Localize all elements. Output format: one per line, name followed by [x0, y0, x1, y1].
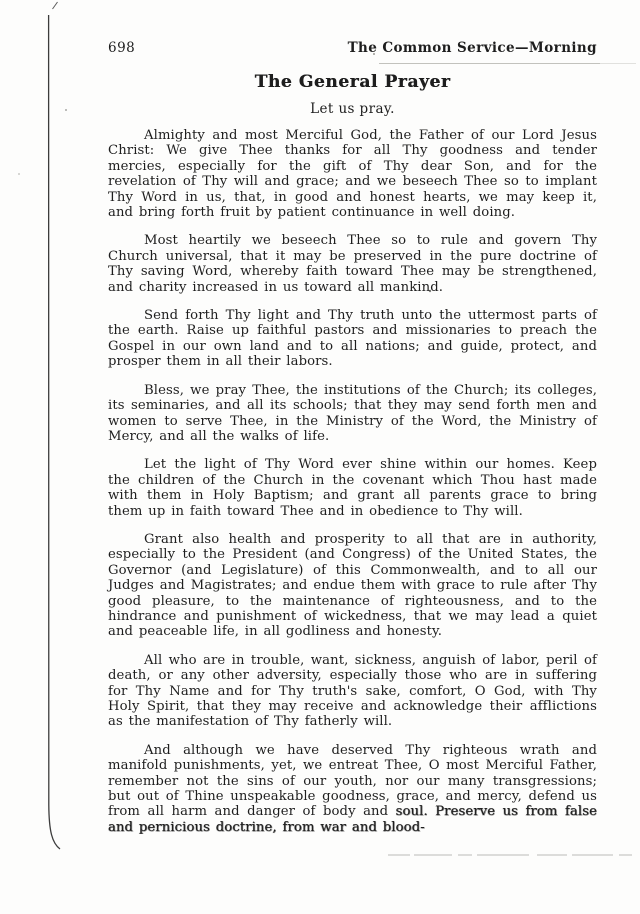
scan-speck — [18, 173, 20, 175]
prayer-paragraph: And although we have deserved Thy righte… — [108, 743, 597, 835]
section-title: The General Prayer — [108, 72, 597, 92]
prayer-paragraph: Almighty and most Merciful God, the Fath… — [108, 128, 597, 220]
page-content: 698 The Common Service—Morning The Gener… — [108, 40, 597, 835]
prayer-body: Almighty and most Merciful God, the Fath… — [108, 128, 597, 835]
prayer-paragraph: Grant also health and prosperity to all … — [108, 532, 597, 640]
page-number: 698 — [108, 40, 135, 56]
running-header: 698 The Common Service—Morning — [108, 40, 597, 56]
corner-tick-mark — [53, 2, 58, 9]
prayer-paragraph: Bless, we pray Thee, the institutions of… — [108, 383, 597, 445]
rubric-let-us-pray: Let us pray. — [108, 101, 597, 117]
running-head-title: The Common Service—Morning — [348, 40, 597, 56]
scan-speck — [65, 109, 67, 111]
page-binding-edge-line — [49, 15, 60, 849]
prayer-paragraph: Most heartily we beseech Thee so to rule… — [108, 233, 597, 295]
prayer-paragraph: All who are in trouble, want, sickness, … — [108, 653, 597, 730]
prayer-paragraph: Send forth Thy light and Thy truth unto … — [108, 308, 597, 370]
prayer-paragraph: Let the light of Thy Word ever shine wit… — [108, 457, 597, 519]
scanned-book-page: 698 The Common Service—Morning The Gener… — [0, 0, 640, 914]
